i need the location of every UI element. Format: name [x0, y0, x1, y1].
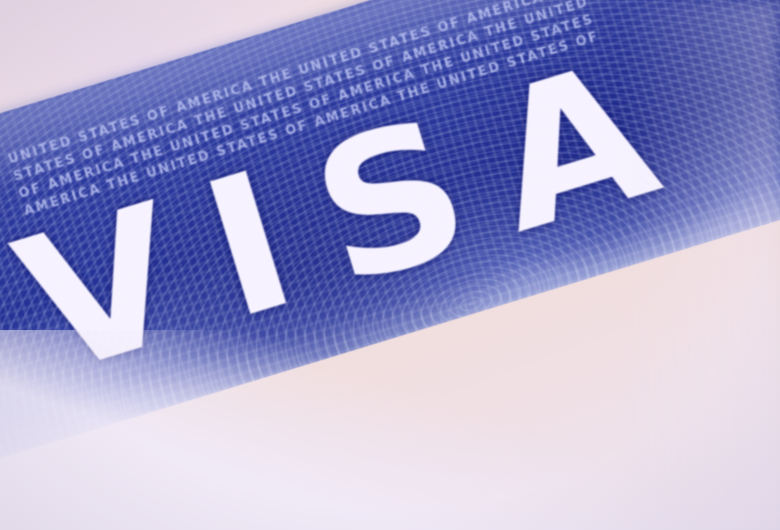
- microprint-line: STATES OF AMERICA THE UNITED STATES OF A…: [12, 0, 591, 185]
- microprint-line: UNITED STATES OF AMERICA THE UNITED STAT…: [6, 0, 546, 168]
- visa-photo: UNITED STATES OF AMERICA THE UNITED STAT…: [0, 0, 780, 530]
- microprint-line: AMERICA THE UNITED STATES OF AMERICA THE…: [22, 29, 601, 219]
- depth-of-field-blur-bottom: [0, 330, 780, 530]
- microprint-line: OF AMERICA THE UNITED STATES OF AMERICA …: [17, 12, 596, 202]
